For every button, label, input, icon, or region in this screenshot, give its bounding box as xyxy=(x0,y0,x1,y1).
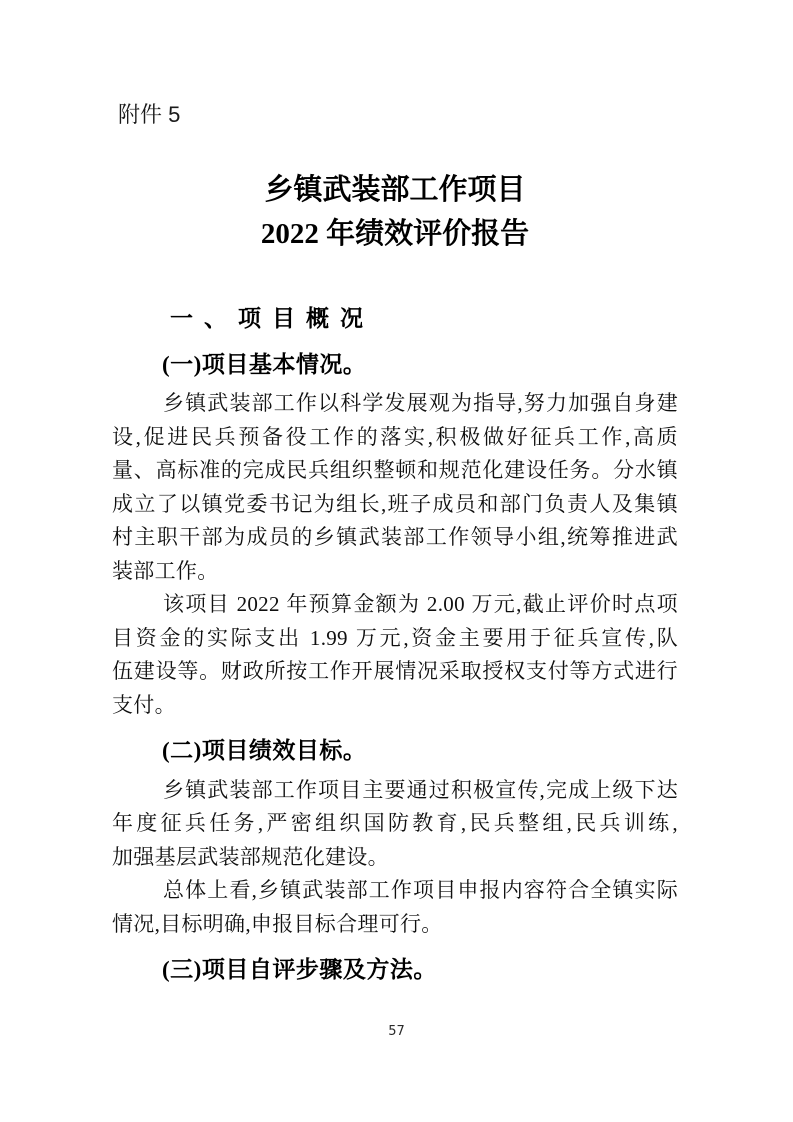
text-line: 乡镇武装部工作以科学发展观为指导,努力加强自身建 xyxy=(112,387,678,421)
document-page: 附件 5 乡镇武装部工作项目 2022 年绩效评价报告 一、项目概况 (一)项目… xyxy=(0,0,793,1122)
text-line: 情况,目标明确,申报目标合理可行。 xyxy=(112,908,678,942)
attachment-label: 附件 5 xyxy=(118,102,678,128)
paragraph-basic-info-1: 乡镇武装部工作以科学发展观为指导,努力加强自身建设,促进民兵预备役工作的落实,积… xyxy=(112,387,678,588)
paragraph-basic-info-2: 该项目 2022 年预算金额为 2.00 万元,截止评价时点项目资金的实际支出 … xyxy=(112,588,678,722)
section-heading-project-overview: 一、项目概况 xyxy=(170,302,678,336)
text-line: 加强基层武装部规范化建设。 xyxy=(112,841,678,875)
title-line-1: 乡镇武装部工作项目 xyxy=(112,168,678,212)
text-line: 装部工作。 xyxy=(112,555,678,589)
text-line: 年度征兵任务,严密组织国防教育,民兵整组,民兵训练, xyxy=(112,807,678,841)
page-number: 57 xyxy=(0,1023,793,1040)
text-line: 伍建设等。财政所按工作开展情况采取授权支付等方式进行 xyxy=(112,655,678,689)
paragraph-performance-goals-1: 乡镇武装部工作项目主要通过积极宣传,完成上级下达年度征兵任务,严密组织国防教育,… xyxy=(112,774,678,875)
text-line: 村主职干部为成员的乡镇武装部工作领导小组,统筹推进武 xyxy=(112,521,678,555)
subsection-heading-performance-goals: (二)项目绩效目标。 xyxy=(162,734,678,768)
document-title: 乡镇武装部工作项目 2022 年绩效评价报告 xyxy=(112,168,678,256)
text-line: 目资金的实际支出 1.99 万元,资金主要用于征兵宣传,队 xyxy=(112,622,678,656)
text-line: 乡镇武装部工作项目主要通过积极宣传,完成上级下达 xyxy=(112,774,678,808)
subsection-heading-basic-info: (一)项目基本情况。 xyxy=(162,348,678,382)
paragraph-performance-goals-2: 总体上看,乡镇武装部工作项目申报内容符合全镇实际情况,目标明确,申报目标合理可行… xyxy=(112,874,678,941)
subsection-heading-self-evaluation-method: (三)项目自评步骤及方法。 xyxy=(162,953,678,987)
text-line: 成立了以镇党委书记为组长,班子成员和部门负责人及集镇 xyxy=(112,488,678,522)
text-line: 量、高标准的完成民兵组织整顿和规范化建设任务。分水镇 xyxy=(112,454,678,488)
text-line: 支付。 xyxy=(112,689,678,723)
text-line: 该项目 2022 年预算金额为 2.00 万元,截止评价时点项 xyxy=(112,588,678,622)
text-line: 总体上看,乡镇武装部工作项目申报内容符合全镇实际 xyxy=(112,874,678,908)
title-line-2: 2022 年绩效评价报告 xyxy=(112,212,678,256)
text-line: 设,促进民兵预备役工作的落实,积极做好征兵工作,高质 xyxy=(112,421,678,455)
